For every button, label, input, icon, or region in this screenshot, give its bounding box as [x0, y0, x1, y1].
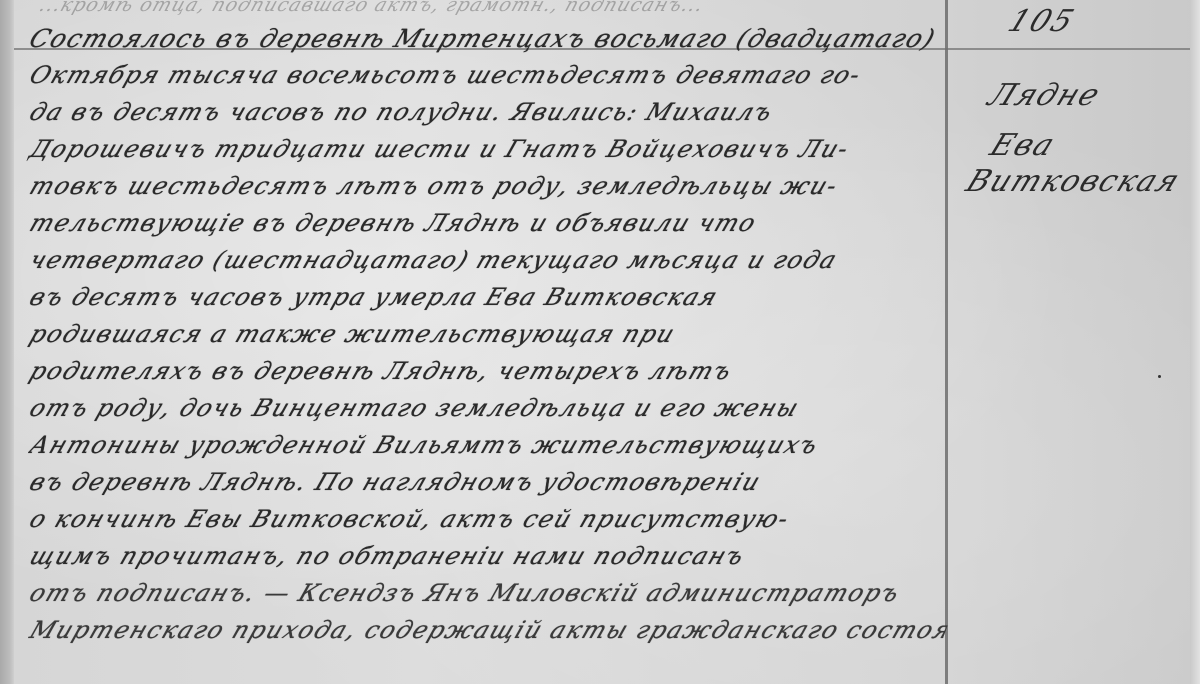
entry-number: 105	[1003, 4, 1080, 39]
record-line: Октября тысяча восемьсотъ шестьдесятъ де…	[24, 57, 952, 94]
margin-village: Лядне	[983, 78, 1106, 113]
scanned-document-page: ...кромѣ отца, подписавшаго актъ, грамот…	[0, 0, 1200, 684]
record-line: да въ десятъ часовъ по полудни. Явились:…	[24, 94, 952, 131]
page-binding-edge	[0, 0, 14, 684]
record-line: отъ роду, дочь Винцентаго земледѣльца и …	[24, 390, 952, 427]
record-line: Состоялось въ деревнѣ Миртенцахъ восьмаг…	[24, 20, 952, 57]
record-line: щимъ прочитанъ, по обтраненіи нами подпи…	[24, 538, 952, 575]
record-line: родившаяся а также жительствующая при	[24, 316, 952, 353]
record-line: въ десятъ часовъ утра умерла Ева Витковс…	[24, 279, 952, 316]
record-line: товкъ шестьдесятъ лѣтъ отъ роду, земледѣ…	[24, 168, 952, 205]
record-line: четвертаго (шестнадцатаго) текущаго мѣся…	[24, 242, 952, 279]
page-right-edge	[1190, 0, 1200, 684]
record-line: Миртенскаго прихода, содержащій акты гра…	[24, 612, 952, 649]
record-line: Антонины урожденной Вильямтъ жительствую…	[24, 427, 952, 464]
record-line: родителяхъ въ деревнѣ Ляднѣ, четырехъ лѣ…	[24, 353, 952, 390]
record-line: о кончинѣ Евы Витковской, актъ сей прису…	[24, 501, 952, 538]
record-line: Дорошевичъ тридцати шести и Гнатъ Войцех…	[24, 131, 952, 168]
margin-last-name: Витковская	[961, 164, 1186, 199]
ink-speck	[1158, 375, 1161, 378]
margin-column: 105 Лядне Ева Витковская	[950, 0, 1190, 684]
record-line: въ деревнѣ Ляднѣ. По наглядномъ удостовѣ…	[24, 464, 952, 501]
record-body: Состоялось въ деревнѣ Миртенцахъ восьмаг…	[24, 20, 939, 649]
record-line: отъ подписанъ. — Ксендзъ Янъ Миловскій а…	[24, 575, 952, 612]
margin-first-name: Ева	[985, 128, 1061, 163]
record-line: тельствующіе въ деревнѣ Ляднѣ и объявили…	[24, 205, 952, 242]
previous-entry-fragment: ...кромѣ отца, подписавшаго актъ, грамот…	[36, 0, 943, 16]
